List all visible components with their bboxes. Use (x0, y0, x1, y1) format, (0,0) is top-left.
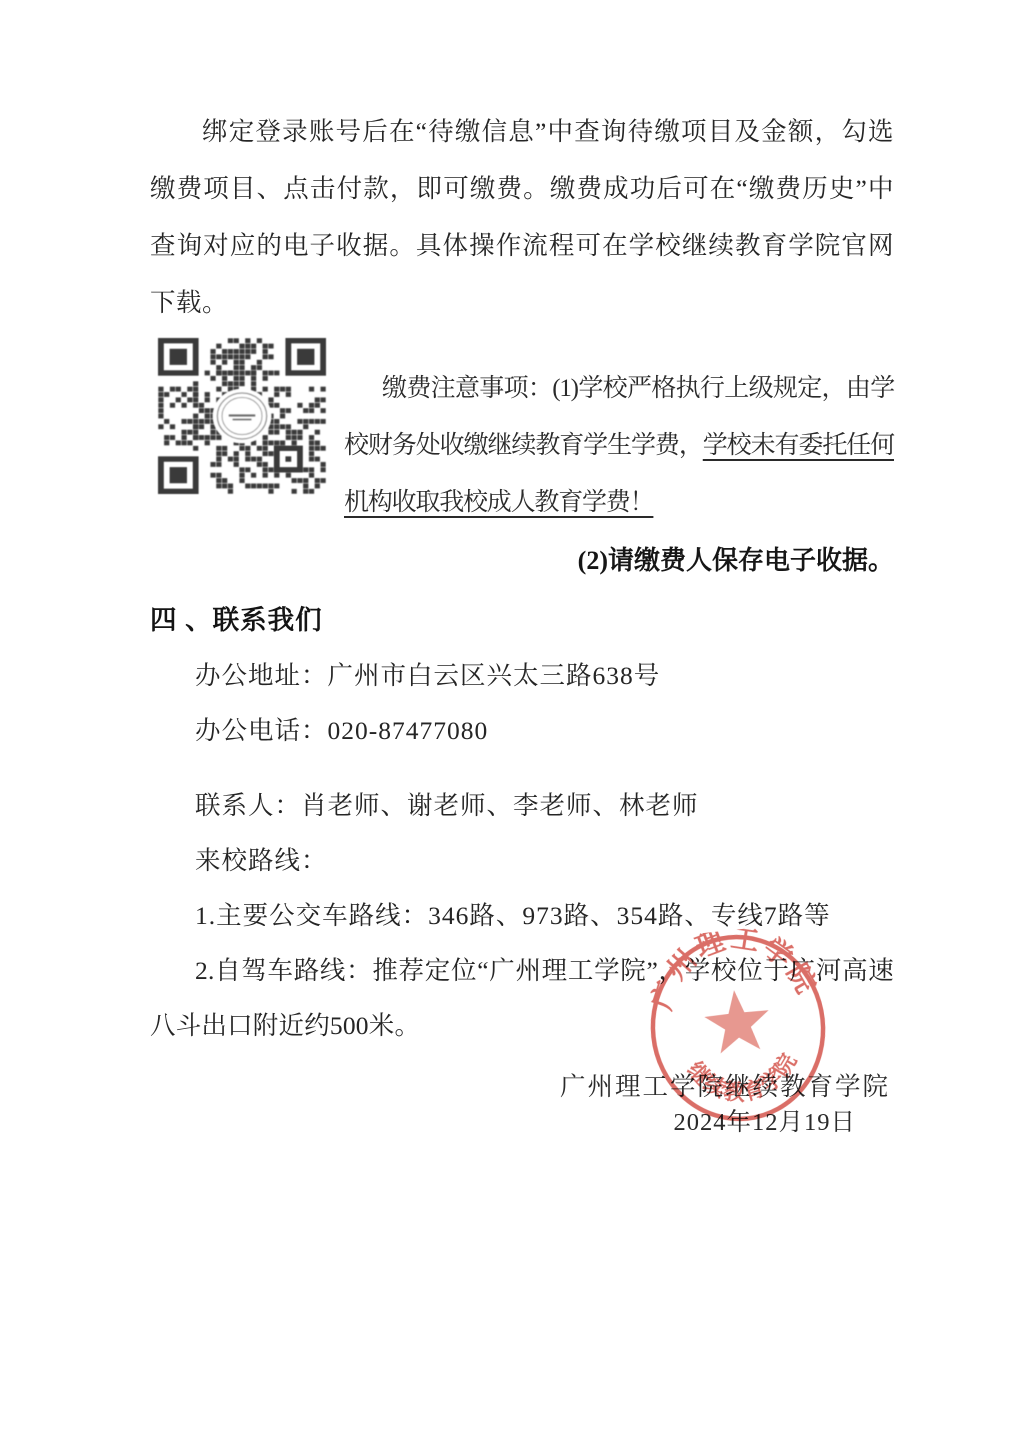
bus-route: 1.主要公交车路线：346路、973路、354路、专线7路等 (195, 888, 894, 943)
office-address: 办公地址：广州市白云区兴太三路638号 (195, 648, 894, 703)
document-page: 绑定登录账号后在“待缴信息”中查询待缴项目及金额，勾选缴费项目、点击付款，即可缴… (0, 0, 1024, 1431)
section-heading-contact: 四 、联系我们 (150, 593, 894, 648)
payment-notice: 缴费注意事项：(1)学校严格执行上级规定，由学校财务处收缴继续教育学生学费，学校… (344, 338, 894, 531)
route-label: 来校路线： (195, 833, 894, 888)
contact-persons: 联系人：肖老师、谢老师、李老师、林老师 (195, 778, 894, 833)
notice-point2: (2)请缴费人保存电子收据。 (150, 533, 894, 588)
qr-code-icon (158, 338, 326, 494)
payment-qr-code (158, 338, 326, 494)
office-phone: 办公电话：020-87477080 (195, 703, 894, 758)
qr-notice-row: 缴费注意事项：(1)学校严格执行上级规定，由学校财务处收缴继续教育学生学费，学校… (150, 338, 894, 531)
intro-paragraph: 绑定登录账号后在“待缴信息”中查询待缴项目及金额，勾选缴费项目、点击付款，即可缴… (150, 103, 894, 331)
signature-block: 广州理工学院继续教育学院 2024年12月19日 (150, 1069, 894, 1141)
drive-route: 2.自驾车路线：推荐定位“广州理工学院”，学校位于广河高速八斗出口附近约500米… (150, 943, 894, 1053)
signature-date: 2024年12月19日 (150, 1105, 890, 1141)
signature-org: 广州理工学院继续教育学院 (560, 1072, 890, 1101)
